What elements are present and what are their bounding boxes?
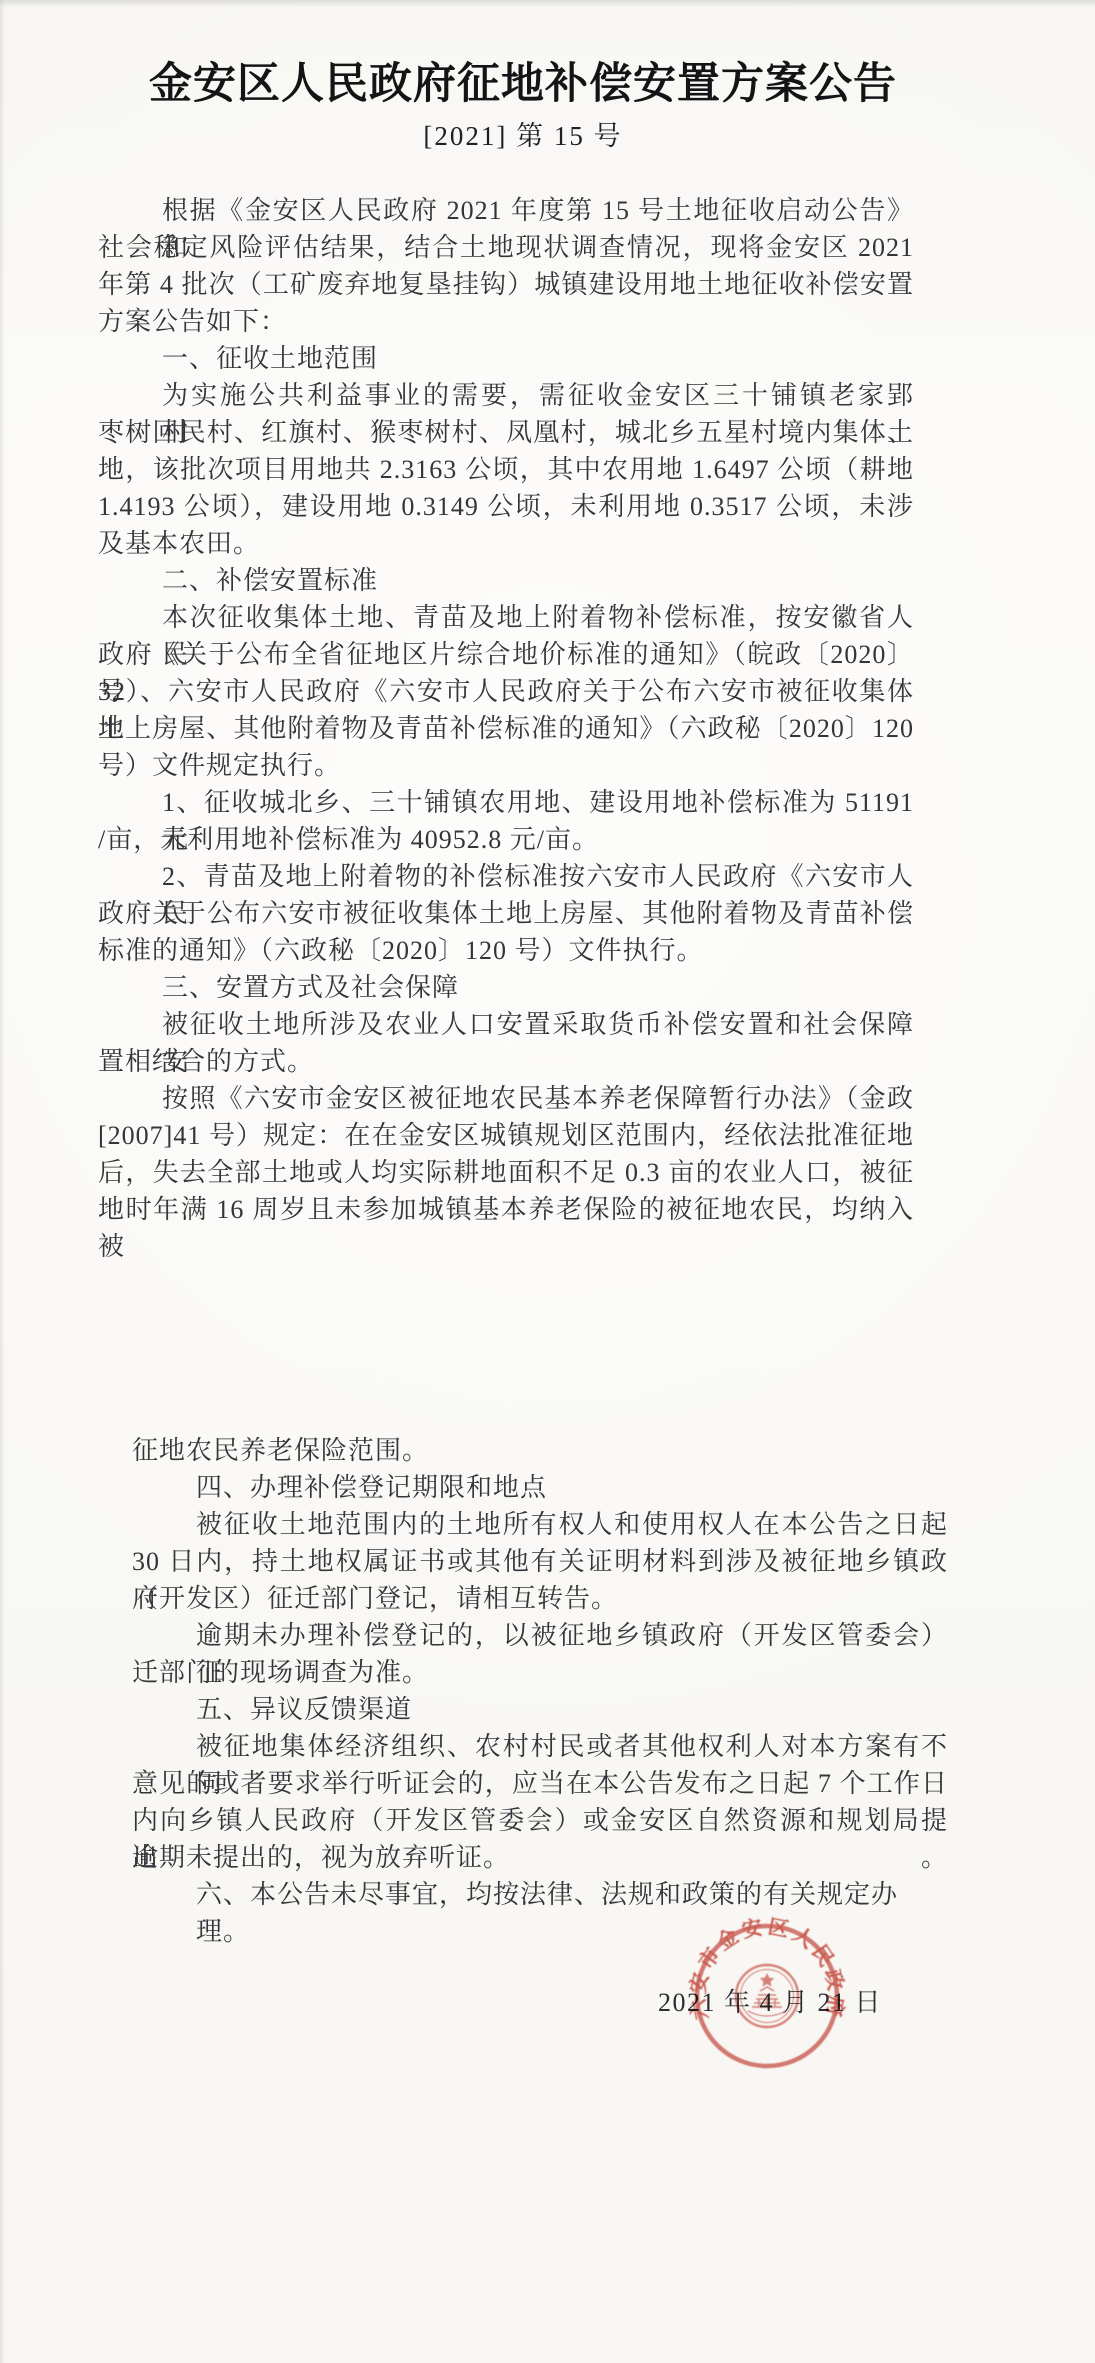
text-line: 五、异议反馈渠道 — [132, 1691, 948, 1728]
text-line: 四、办理补偿登记期限和地点 — [132, 1469, 948, 1506]
text-line: 及基本农田。 — [98, 525, 914, 562]
national-emblem-icon — [736, 1965, 798, 2027]
text-line: 1、征收城北乡、三十铺镇农用地、建设用地补偿标准为 51191 元 — [98, 784, 914, 821]
text-line: 标准的通知》（六政秘〔2020〕120 号）文件执行。 — [98, 932, 914, 969]
text-line: （开发区）征迁部门登记，请相互转告。 — [132, 1580, 948, 1617]
text-line: 年第 4 批次（工矿废弃地复垦挂钩）城镇建设用地土地征收补偿安置 — [98, 266, 914, 303]
document-header: 金安区人民政府征地补偿安置方案公告 [2021] 第 15 号 — [0, 0, 1046, 153]
text-line: 社会稳定风险评估结果，结合土地现状调查情况，现将金安区 2021 — [98, 229, 914, 266]
text-line: 按照《六安市金安区被征地农民基本养老保障暂行办法》（金政 — [98, 1080, 914, 1117]
text-line: 内向乡镇人民政府（开发区管委会）或金安区自然资源和规划局提出。 — [132, 1802, 948, 1839]
text-line: 二、补偿安置标准 — [98, 562, 914, 599]
text-line: 被征收土地范围内的土地所有权人和使用权人在本公告之日起 — [132, 1506, 948, 1543]
document-title: 金安区人民政府征地补偿安置方案公告 — [0, 56, 1046, 112]
government-seal-stamp: 六安市金安区人民政府 — [682, 1911, 852, 2081]
text-line: [2007]41 号）规定：在在金安区城镇规划区范围内，经依法批准征地 — [98, 1117, 914, 1154]
text-line: 政府关于公布六安市被征收集体土地上房屋、其他附着物及青苗补偿 — [98, 895, 914, 932]
text-line: 枣树回民村、红旗村、猴枣树村、凤凰村，城北乡五星村境内集体土 — [98, 414, 914, 451]
text-line: 地上房屋、其他附着物及青苗补偿标准的通知》（六政秘〔2020〕120 — [98, 710, 914, 747]
text-line: 为实施公共利益事业的需要，需征收金安区三十铺镇老家郢村、 — [98, 377, 914, 414]
text-line: 1.4193 公顷），建设用地 0.3149 公顷，未利用地 0.3517 公顷… — [98, 488, 914, 525]
text-line: 六、本公告未尽事宜，均按法律、法规和政策的有关规定办理。 — [132, 1876, 948, 1913]
text-line: 意见的或者要求举行听证会的，应当在本公告发布之日起 7 个工作日 — [132, 1765, 948, 1802]
text-line: 本次征收集体土地、青苗及地上附着物补偿标准，按安徽省人民 — [98, 599, 914, 636]
text-line: 被征收土地所涉及农业人口安置采取货币补偿安置和社会保障安 — [98, 1006, 914, 1043]
scan-edge-artifact-left — [0, 0, 5, 2363]
text-line: 根据《金安区人民政府 2021 年度第 15 号土地征收启动公告》和 — [98, 192, 914, 229]
text-line: 逾期未办理补偿登记的，以被征地乡镇政府（开发区管委会）征 — [132, 1617, 948, 1654]
page-1-body: 根据《金安区人民政府 2021 年度第 15 号土地征收启动公告》和社会稳定风险… — [98, 192, 914, 1228]
text-line: 征地农民养老保险范围。 — [132, 1432, 948, 1469]
seal-outer-ring — [697, 1926, 837, 2066]
text-line: 被征地集体经济组织、农村村民或者其他权利人对本方案有不同 — [132, 1728, 948, 1765]
text-line: 地，该批次项目用地共 2.3163 公顷，其中农用地 1.6497 公顷（耕地 — [98, 451, 914, 488]
text-line: 政府《关于公布全省征地区片综合地价标准的通知》（皖政〔2020〕32 — [98, 636, 914, 673]
text-line: 迁部门的现场调查为准。 — [132, 1654, 948, 1691]
text-line: 号）、六安市人民政府《六安市人民政府关于公布六安市被征收集体土 — [98, 673, 914, 710]
text-line: 号）文件规定执行。 — [98, 747, 914, 784]
text-line: 一、征收土地范围 — [98, 340, 914, 377]
text-line: 30 日内，持土地权属证书或其他有关证明材料到涉及被征地乡镇政府 — [132, 1543, 948, 1580]
text-line: 方案公告如下： — [98, 303, 914, 340]
text-line: 三、安置方式及社会保障 — [98, 969, 914, 1006]
text-line: 置相结合的方式。 — [98, 1043, 914, 1080]
page-2-body: 征地农民养老保险范围。四、办理补偿登记期限和地点被征收土地范围内的土地所有权人和… — [132, 1432, 948, 1913]
document-number: [2021] 第 15 号 — [0, 119, 1046, 153]
text-line: /亩，未利用地补偿标准为 40952.8 元/亩。 — [98, 821, 914, 858]
text-line: 后，失去全部土地或人均实际耕地面积不足 0.3 亩的农业人口，被征 — [98, 1154, 914, 1191]
text-line: 2、青苗及地上附着物的补偿标准按六安市人民政府《六安市人民 — [98, 858, 914, 895]
text-line: 地时年满 16 周岁且未参加城镇基本养老保险的被征地农民，均纳入被 — [98, 1191, 914, 1228]
